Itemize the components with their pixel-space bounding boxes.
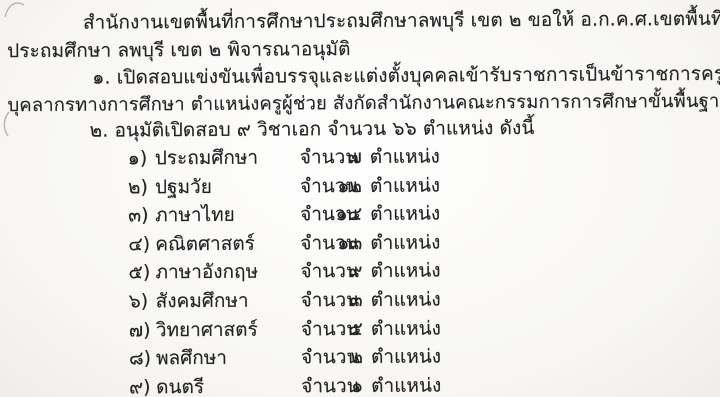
unit-label: ตำแหน่ง [371, 314, 441, 343]
item-1-line-1: ๑. เปิดสอบแข่งขันเพื่อบรรจุและแต่งตั้งบุ… [7, 61, 713, 92]
subject-name: วิทยาศาสตร์ [156, 315, 258, 344]
subject-number: ๑) [128, 144, 148, 173]
subject-count: ๕ [327, 315, 363, 344]
subject-row: ๓) ภาษาไทย จำนวน ๑๔ ตำแหน่ง [8, 198, 714, 231]
subject-row: ๖) สังคมศึกษา จำนวน ๓ ตำแหน่ง [9, 284, 715, 317]
subject-count: ๒ [327, 343, 363, 372]
subject-number: ๕) [128, 259, 150, 288]
item-1-line-2: บุคลากรทางการศึกษา ตำแหน่งครูผู้ช่วย สัง… [7, 88, 713, 119]
subject-name: ดนตรี [156, 373, 204, 397]
subject-row: ๒) ปฐมวัย จำนวน ๑๒ ตำแหน่ง [8, 169, 714, 202]
subject-name: ภาษาไทย [155, 201, 235, 230]
unit-label: ตำแหน่ง [370, 171, 440, 200]
unit-label: ตำแหน่ง [370, 228, 440, 257]
subject-count: ๑ [327, 372, 363, 397]
subject-row: ๘) พลศึกษา จำนวน ๒ ตำแหน่ง [9, 341, 715, 374]
subject-row: ๙) ดนตรี จำนวน ๑ ตำแหน่ง [9, 370, 715, 397]
intro-paragraph-line-1: สำนักงานเขตพื้นที่การศึกษาประถมศึกษาลพบุ… [7, 5, 713, 38]
subject-number: ๓) [128, 201, 149, 230]
subject-number: ๘) [129, 344, 151, 373]
subject-name: ภาษาอังกฤษ [155, 258, 258, 287]
subject-name: ประถมศึกษา [155, 144, 258, 173]
subject-name: คณิตศาสตร์ [155, 229, 255, 258]
intro-paragraph-line-2: ประถมศึกษา ลพบุรี เขต ๒ พิจารณาอนุมัติ [7, 34, 713, 65]
subject-number: ๖) [129, 287, 149, 316]
unit-label: ตำแหน่ง [371, 371, 441, 397]
unit-label: ตำแหน่ง [371, 285, 441, 314]
subject-name: สังคมศึกษา [156, 287, 249, 316]
subject-row: ๗) วิทยาศาสตร์ จำนวน ๕ ตำแหน่ง [9, 312, 715, 345]
subject-row: ๑) ประถมศึกษา จำนวน ๗ ตำแหน่ง [8, 141, 714, 174]
subject-number: ๒) [128, 173, 148, 202]
unit-label: ตำแหน่ง [370, 200, 440, 229]
subject-row: ๕) ภาษาอังกฤษ จำนวน ๙ ตำแหน่ง [8, 255, 714, 288]
subject-list: ๑) ประถมศึกษา จำนวน ๗ ตำแหน่ง ๒) ปฐมวัย … [8, 141, 716, 397]
subject-name: ปฐมวัย [155, 172, 212, 201]
subject-number: ๗) [129, 316, 151, 345]
subject-count: ๑๔ [326, 200, 362, 229]
subject-name: พลศึกษา [156, 344, 227, 373]
subject-number: ๙) [129, 373, 151, 397]
item-2-heading: ๒. อนุมัติเปิดสอบ ๙ วิชาเอก จำนวน ๖๖ ตำแ… [8, 115, 714, 144]
subject-row: ๔) คณิตศาสตร์ จำนวน ๑๓ ตำแหน่ง [8, 227, 714, 260]
subject-count: ๑๓ [326, 229, 362, 258]
subject-number: ๔) [128, 230, 150, 259]
subject-count: ๓ [327, 286, 363, 315]
unit-label: ตำแหน่ง [370, 143, 440, 172]
subject-count: ๙ [326, 257, 362, 286]
subject-count: ๗ [326, 143, 362, 172]
subject-count: ๑๒ [326, 172, 362, 201]
document-body: สำนักงานเขตพื้นที่การศึกษาประถมศึกษาลพบุ… [0, 0, 720, 397]
unit-label: ตำแหน่ง [370, 257, 440, 286]
scanned-document-page: สำนักงานเขตพื้นที่การศึกษาประถมศึกษาลพบุ… [0, 0, 720, 397]
unit-label: ตำแหน่ง [371, 343, 441, 372]
